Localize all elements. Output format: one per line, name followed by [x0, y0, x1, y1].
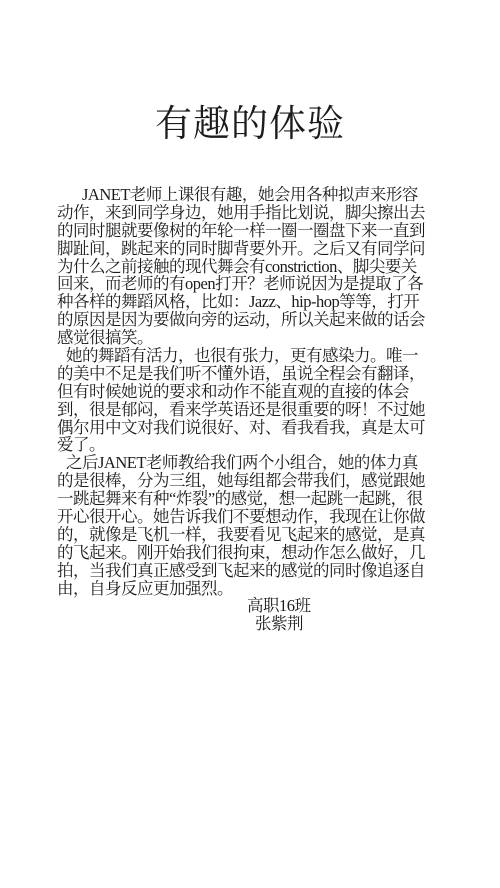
paragraph-1: JANET老师上课很有趣，她会用各种拟声来形容动作，来到同学身边，她用手指比划说…	[57, 186, 427, 347]
text-line: 到，很是郁闷，看来学英语还是很重要的呀！不过她	[57, 401, 427, 419]
text-line: 的美中不足是我们听不懂外语，虽说全程会有翻译，	[57, 365, 427, 383]
text-line: 的是很棒，分为三组，她每组都会带我们，感觉跟她	[57, 472, 427, 490]
signature-block: 高职16班 张紫荆	[57, 597, 427, 633]
paragraph-3: 之后JANET老师教给我们两个小组合，她的体力真的是很棒，分为三组，她每组都会带…	[57, 454, 427, 597]
text-line: 拍，当我们真正感受到飞起来的感觉的同时像追逐自	[57, 562, 427, 580]
text-line: 的原因是因为要做向旁的运动，所以关起来做的话会	[57, 311, 427, 329]
text-line: 种各样的舞蹈风格，比如：Jazz、hip-hop等等，打开	[57, 293, 427, 311]
document-body: JANET老师上课很有趣，她会用各种拟声来形容动作，来到同学身边，她用手指比划说…	[57, 186, 427, 633]
paragraph-2: 她的舞蹈有活力，也很有张力，更有感染力。唯一的美中不足是我们听不懂外语，虽说全程…	[57, 347, 427, 454]
text-line: JANET老师上课很有趣，她会用各种拟声来形容	[57, 186, 427, 204]
text-line: 的飞起来。刚开始我们很拘束，想动作怎么做好，几	[57, 544, 427, 562]
text-line: 但有时候她说的要求和动作不能直观的直接的体会	[57, 383, 427, 401]
text-line: 脚趾间，跳起来的同时脚背要外开。之后又有同学问	[57, 240, 427, 258]
text-line: 动作，来到同学身边，她用手指比划说，脚尖擦出去	[57, 204, 427, 222]
text-line: 感觉很搞笑。	[57, 329, 427, 347]
text-line: 回来，而老师的有open打开？老师说因为是提取了各	[57, 275, 427, 293]
document-title: 有趣的体验	[0, 102, 500, 148]
text-line: 一跳起舞来有种“炸裂”的感觉，想一起跳一起跳，很	[57, 490, 427, 508]
text-line: 偶尔用中文对我们说很好、对、看我看我，真是太可	[57, 419, 427, 437]
signature-class-line: 高职16班	[57, 597, 427, 615]
text-line: 为什么之前接触的现代舞会有constriction、脚尖要关	[57, 258, 427, 276]
text-line: 爱了。	[57, 436, 427, 454]
text-line: 开心很开心。她告诉我们不要想动作，我现在让你做	[57, 508, 427, 526]
text-line: 她的舞蹈有活力，也很有张力，更有感染力。唯一	[57, 347, 427, 365]
signature-author-name: 张紫荆	[57, 615, 427, 633]
text-line: 的，就像是飞机一样，我要看见飞起来的感觉，是真	[57, 526, 427, 544]
text-line: 的同时腿就要像树的年轮一样一圈一圈盘下来一直到	[57, 222, 427, 240]
text-line: 之后JANET老师教给我们两个小组合，她的体力真	[57, 454, 427, 472]
text-line: 由，自身反应更加强烈。	[57, 580, 427, 598]
document-page: 有趣的体验 JANET老师上课很有趣，她会用各种拟声来形容动作，来到同学身边，她…	[0, 0, 500, 888]
